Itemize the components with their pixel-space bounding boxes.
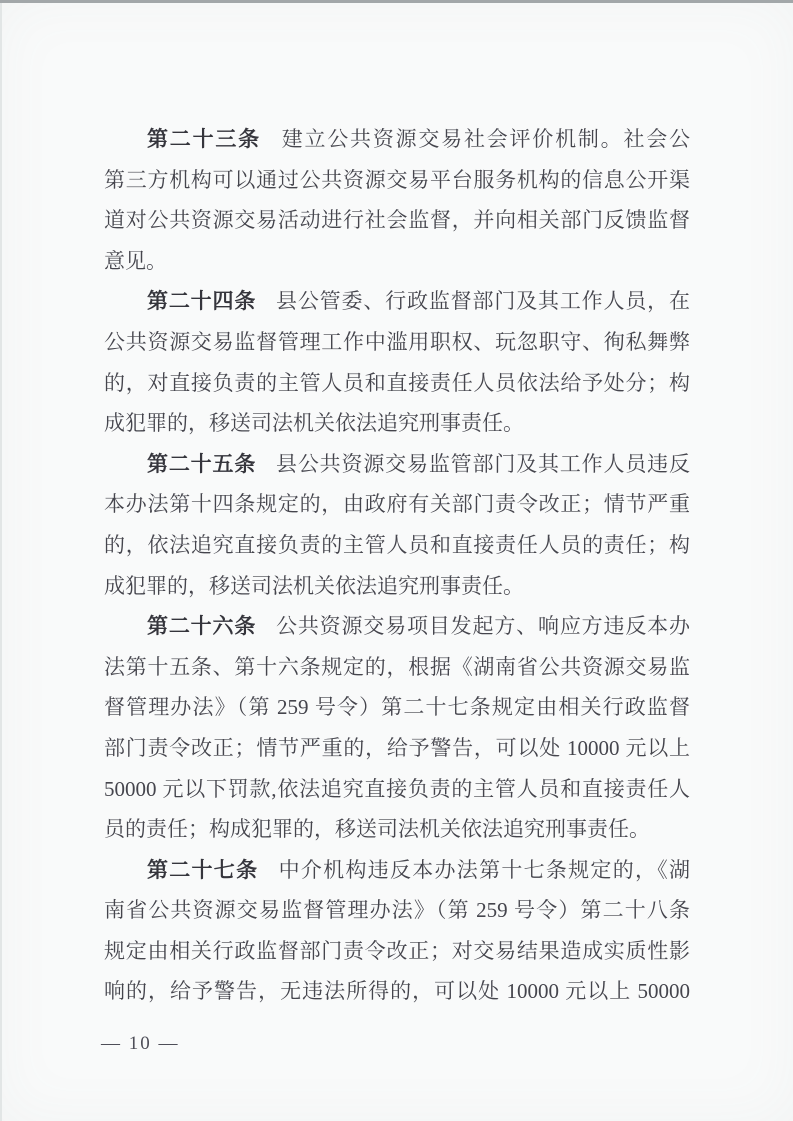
article-gap [261, 145, 280, 146]
paragraph: 第二十六条公共资源交易项目发起方、响应方违反本办 法第十五条、第十六条规定的，根… [104, 606, 690, 850]
text-line: 50000 元以下罚款,依法追究直接负责的主管人员和直接责任人 [104, 769, 690, 810]
article-gap [256, 470, 275, 471]
scanned-document-page: 第二十三条建立公共资源交易社会评价机制。社会公众、 第三方机构可以通过公共资源交… [0, 0, 793, 1121]
text-line: 第二十七条中介机构违反本办法第十七条规定的，《湖 [104, 850, 690, 891]
article-text: 中介机构违反本办法第十七条规定的，《湖 [277, 858, 690, 882]
article-number: 第二十七条 [147, 858, 258, 882]
article-number: 第二十六条 [147, 614, 256, 638]
text-line: 第二十三条建立公共资源交易社会评价机制。社会公众、 [104, 119, 690, 160]
document-body: 第二十三条建立公共资源交易社会评价机制。社会公众、 第三方机构可以通过公共资源交… [104, 119, 690, 1012]
article-number: 第二十三条 [147, 127, 261, 151]
paragraph: 第二十五条县公共资源交易监管部门及其工作人员违反 本办法第十四条规定的，由政府有… [104, 444, 690, 606]
article-number: 第二十四条 [147, 289, 256, 313]
paragraph: 第二十三条建立公共资源交易社会评价机制。社会公众、 第三方机构可以通过公共资源交… [104, 119, 690, 281]
article-gap [256, 307, 275, 308]
article-text: 县公管委、行政监督部门及其工作人员，在 [275, 289, 690, 313]
text-line: 成犯罪的，移送司法机关依法追究刑事责任。 [104, 403, 690, 444]
text-line: 的，依法追究直接负责的主管人员和直接责任人员的责任；构 [104, 525, 690, 566]
text-line: 意见。 [104, 241, 690, 282]
article-text: 县公共资源交易监管部门及其工作人员违反 [275, 452, 690, 476]
text-line: 本办法第十四条规定的，由政府有关部门责令改正；情节严重 [104, 484, 690, 525]
article-number: 第二十五条 [147, 452, 256, 476]
text-line: 成犯罪的，移送司法机关依法追究刑事责任。 [104, 566, 690, 607]
article-text: 公共资源交易项目发起方、响应方违反本办 [275, 614, 690, 638]
text-line: 第二十五条县公共资源交易监管部门及其工作人员违反 [104, 444, 690, 485]
page-number: — 10 — [101, 1033, 180, 1055]
text-line: 道对公共资源交易活动进行社会监督，并向相关部门反馈监督 [104, 200, 690, 241]
text-line: 响的，给予警告，无违法所得的，可以处 10000 元以上 50000 [104, 971, 690, 1012]
text-line: 第二十四条县公管委、行政监督部门及其工作人员，在 [104, 281, 690, 322]
text-line: 第二十六条公共资源交易项目发起方、响应方违反本办 [104, 606, 690, 647]
text-line: 公共资源交易监督管理工作中滥用职权、玩忽职守、徇私舞弊 [104, 322, 690, 363]
text-line: 南省公共资源交易监督管理办法》（第 259 号令）第二十八条 [104, 890, 690, 931]
text-line: 督管理办法》（第 259 号令）第二十七条规定由相关行政监督 [104, 687, 690, 728]
paragraph: 第二十四条县公管委、行政监督部门及其工作人员，在 公共资源交易监督管理工作中滥用… [104, 281, 690, 443]
paragraph: 第二十七条中介机构违反本办法第十七条规定的，《湖 南省公共资源交易监督管理办法》… [104, 850, 690, 1012]
text-line: 第三方机构可以通过公共资源交易平台服务机构的信息公开渠 [104, 160, 690, 201]
text-line: 规定由相关行政监督部门责令改正；对交易结果造成实质性影 [104, 931, 690, 972]
article-gap [256, 632, 275, 633]
text-line: 员的责任；构成犯罪的，移送司法机关依法追究刑事责任。 [104, 809, 690, 850]
text-line: 法第十五条、第十六条规定的，根据《湖南省公共资源交易监 [104, 647, 690, 688]
text-line: 部门责令改正；情节严重的，给予警告，可以处 10000 元以上 [104, 728, 690, 769]
text-line: 的，对直接负责的主管人员和直接责任人员依法给予处分；构 [104, 363, 690, 404]
article-gap [258, 876, 277, 877]
